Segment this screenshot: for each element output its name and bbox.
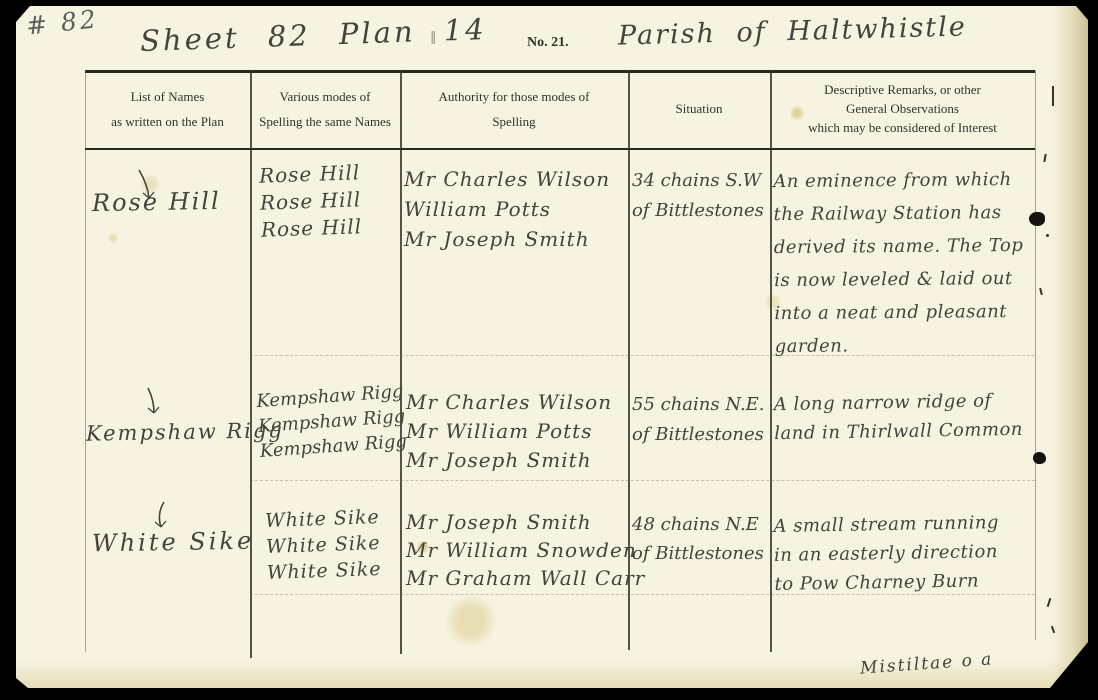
row1-name: Rose Hill <box>92 187 221 217</box>
row2-spellings: Kempshaw Rigg Kempshaw Rigg Kempshaw Rig… <box>256 379 408 464</box>
ink-blot <box>1029 212 1045 226</box>
row3-situation: 48 chains N.E of Bittlestones <box>632 510 764 568</box>
parish-title: Parish of Haltwhistle <box>618 11 968 51</box>
header-situation: Situation <box>628 70 770 148</box>
pencil-tick-marks: ‖ <box>430 30 437 45</box>
footer-signature: Mistiltae o a <box>859 649 994 678</box>
row3-authorities: Mr Joseph Smith Mr William Snowden Mr Gr… <box>406 508 645 592</box>
row3-name: White Sike <box>92 527 255 558</box>
column-divider-2 <box>400 70 402 654</box>
pencil-sheet-number: # 82 <box>25 4 100 40</box>
header-authority: Authority for those modes of Spelling <box>400 70 628 148</box>
header-list-of-names: List of Names as written on the Plan <box>85 70 250 148</box>
ink-mark <box>1043 154 1046 162</box>
row3-remarks: A small stream running in an easterly di… <box>773 508 1000 599</box>
row2-remarks: A long narrow ridge of land in Thirlwall… <box>774 386 1024 448</box>
row2-authorities: Mr Charles Wilson Mr William Potts Mr Jo… <box>406 388 612 475</box>
header-various-modes: Various modes of Spelling the same Names <box>250 70 400 148</box>
ink-mark <box>1052 86 1054 106</box>
row1-remarks: An eminence from which the Railway Stati… <box>773 163 1024 363</box>
ink-mark <box>1039 288 1043 295</box>
ink-mark <box>1046 234 1049 237</box>
row2-name: Kempshaw Rigg <box>86 418 284 445</box>
down-arrow-icon <box>142 386 164 418</box>
row2-situation: 55 chains N.E. of Bittlestones <box>632 390 765 450</box>
row1-spellings: Rose Hill Rose Hill Rose Hill <box>259 159 363 243</box>
table-border-left <box>85 70 86 652</box>
page-number: No. 21. <box>527 35 569 51</box>
column-divider-1 <box>250 70 252 658</box>
row3-spellings: White Sike White Sike White Sike <box>265 504 382 586</box>
ink-mark <box>1047 598 1052 607</box>
row1-situation: 34 chains S.W of Bittlestones <box>632 166 764 226</box>
table-header-rule <box>85 148 1035 150</box>
header-descriptive-remarks: Descriptive Remarks, or other General Ob… <box>770 70 1035 148</box>
column-divider-4 <box>770 70 772 652</box>
ink-blot <box>1033 452 1046 464</box>
ink-mark <box>1051 626 1055 633</box>
scanned-page: # 82 Sheet 82 Plan 14 ‖ No. 21. Parish o… <box>16 6 1088 688</box>
row-separator-2 <box>250 480 1035 481</box>
table-border-right <box>1035 70 1036 640</box>
row1-authorities: Mr Charles Wilson William Potts Mr Josep… <box>404 164 610 254</box>
